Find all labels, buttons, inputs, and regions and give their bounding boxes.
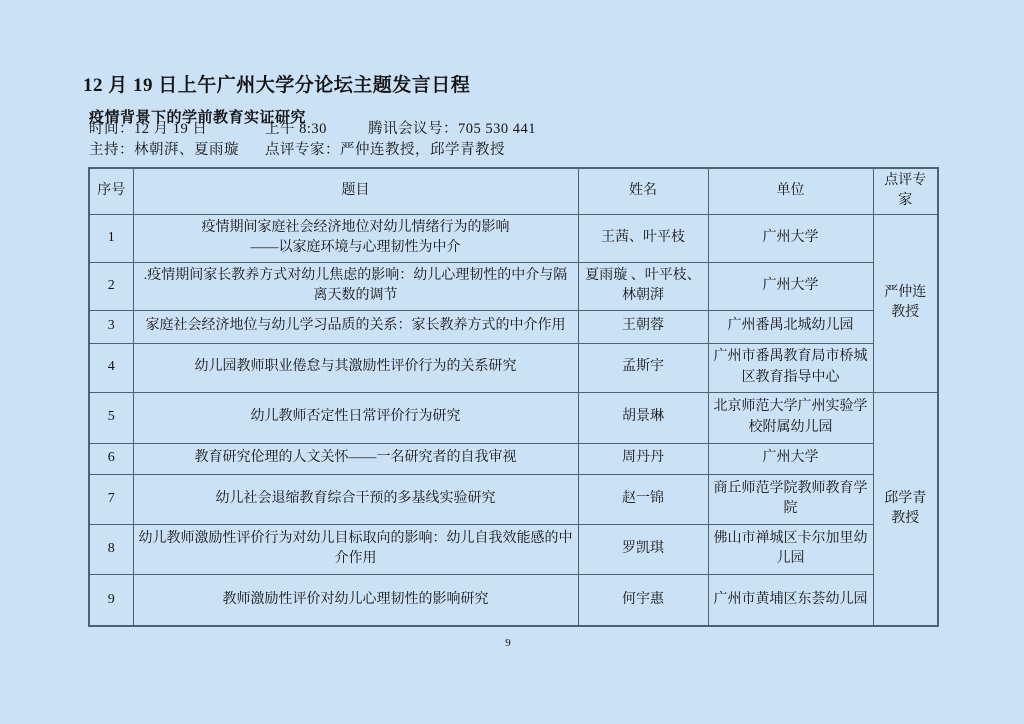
table-header-row: 序号 题目 姓名 单位 点评专家 <box>89 168 938 214</box>
time-info: 时间：12 月 19 日 <box>89 117 207 138</box>
row-unit: 佛山市禅城区卡尔加里幼儿园 <box>708 524 873 574</box>
expert-name: 严仲连 <box>878 283 934 303</box>
col-header-unit: 单位 <box>708 168 873 214</box>
row-title: 教师激励性评价对幼儿心理韧性的影响研究 <box>133 574 578 626</box>
col-header-name: 姓名 <box>578 168 708 214</box>
row-title: 幼儿园教师职业倦怠与其激励性评价行为的关系研究 <box>133 343 578 392</box>
row-name: 赵一锦 <box>578 474 708 524</box>
row-name: 王朝蓉 <box>578 310 708 343</box>
row-title: .疫情期间家长教养方式对幼儿焦虑的影响：幼儿心理韧性的中介与隔离天数的调节 <box>133 262 578 310</box>
expert-name: 邱学青 <box>878 489 934 509</box>
session-time: 上午 8:30 <box>265 117 327 138</box>
col-header-expert: 点评专家 <box>873 168 938 214</box>
expert-cell: 严仲连 教授 <box>873 214 938 392</box>
row-no: 1 <box>89 214 133 262</box>
row-unit: 广州大学 <box>708 214 873 262</box>
table-row: 7 幼儿社会退缩教育综合干预的多基线实验研究 赵一锦 商丘师范学院教师教育学院 <box>89 474 938 524</box>
schedule-table-container: 序号 题目 姓名 单位 点评专家 1 疫情期间家庭社会经济地位对幼儿情绪行为的影… <box>88 167 939 627</box>
table-row: 6 教育研究伦理的人文关怀——一名研究者的自我审视 周丹丹 广州大学 <box>89 443 938 474</box>
page-title: 12 月 19 日上午广州大学分论坛主题发言日程 <box>83 70 470 97</box>
row-unit: 北京师范大学广州实验学校附属幼儿园 <box>708 392 873 443</box>
row-no: 4 <box>89 343 133 392</box>
row-unit: 广州市黄埔区东荟幼儿园 <box>708 574 873 626</box>
expert-cell: 邱学青 教授 <box>873 392 938 626</box>
row-name: 周丹丹 <box>578 443 708 474</box>
row-title: 幼儿教师否定性日常评价行为研究 <box>133 392 578 443</box>
page-number: 9 <box>0 637 1016 649</box>
row-name: 何宇惠 <box>578 574 708 626</box>
row-name: 胡景琳 <box>578 392 708 443</box>
table-row: 3 家庭社会经济地位与幼儿学习品质的关系：家长教养方式的中介作用 王朝蓉 广州番… <box>89 310 938 343</box>
table-row: 1 疫情期间家庭社会经济地位对幼儿情绪行为的影响 ——以家庭环境与心理韧性为中介… <box>89 214 938 262</box>
row-title: 幼儿教师激励性评价行为对幼儿目标取向的影响：幼儿自我效能感的中介作用 <box>133 524 578 574</box>
table-row: 2 .疫情期间家长教养方式对幼儿焦虑的影响：幼儿心理韧性的中介与隔离天数的调节 … <box>89 262 938 310</box>
expert-title: 教授 <box>878 509 934 529</box>
table-row: 9 教师激励性评价对幼儿心理韧性的影响研究 何宇惠 广州市黄埔区东荟幼儿园 <box>89 574 938 626</box>
col-header-expert-label: 点评专家 <box>882 171 928 212</box>
row-title: 教育研究伦理的人文关怀——一名研究者的自我审视 <box>133 443 578 474</box>
col-header-title: 题目 <box>133 168 578 214</box>
expert-title: 教授 <box>878 303 934 323</box>
row-unit: 广州大学 <box>708 262 873 310</box>
col-header-no: 序号 <box>89 168 133 214</box>
row-title: 疫情期间家庭社会经济地位对幼儿情绪行为的影响 ——以家庭环境与心理韧性为中介 <box>133 214 578 262</box>
meeting-id: 腾讯会议号：705 530 441 <box>368 117 536 138</box>
row-no: 7 <box>89 474 133 524</box>
row-no: 5 <box>89 392 133 443</box>
row-no: 3 <box>89 310 133 343</box>
table-row: 5 幼儿教师否定性日常评价行为研究 胡景琳 北京师范大学广州实验学校附属幼儿园 … <box>89 392 938 443</box>
row-no: 9 <box>89 574 133 626</box>
row-name: 罗凯琪 <box>578 524 708 574</box>
row-name: 孟斯宇 <box>578 343 708 392</box>
table-row: 4 幼儿园教师职业倦怠与其激励性评价行为的关系研究 孟斯宇 广州市番禺教育局市桥… <box>89 343 938 392</box>
review-experts-info: 点评专家：严仲连教授，邱学青教授 <box>265 138 505 159</box>
row-no: 2 <box>89 262 133 310</box>
table-row: 8 幼儿教师激励性评价行为对幼儿目标取向的影响：幼儿自我效能感的中介作用 罗凯琪… <box>89 524 938 574</box>
row-name: 夏雨璇 、叶平枝、林朝湃 <box>578 262 708 310</box>
row-name: 王茜、叶平枝 <box>578 214 708 262</box>
row-unit: 广州市番禺教育局市桥城区教育指导中心 <box>708 343 873 392</box>
schedule-table: 序号 题目 姓名 单位 点评专家 1 疫情期间家庭社会经济地位对幼儿情绪行为的影… <box>88 167 939 627</box>
host-info: 主持：林朝湃、夏雨璇 <box>89 138 239 159</box>
row-no: 6 <box>89 443 133 474</box>
row-unit: 商丘师范学院教师教育学院 <box>708 474 873 524</box>
row-title: 幼儿社会退缩教育综合干预的多基线实验研究 <box>133 474 578 524</box>
row-unit: 广州番禺北城幼儿园 <box>708 310 873 343</box>
document-page: { "page": { "background_color": "#cbe1f6… <box>0 0 1024 724</box>
row-no: 8 <box>89 524 133 574</box>
row-unit: 广州大学 <box>708 443 873 474</box>
row-title: 家庭社会经济地位与幼儿学习品质的关系：家长教养方式的中介作用 <box>133 310 578 343</box>
